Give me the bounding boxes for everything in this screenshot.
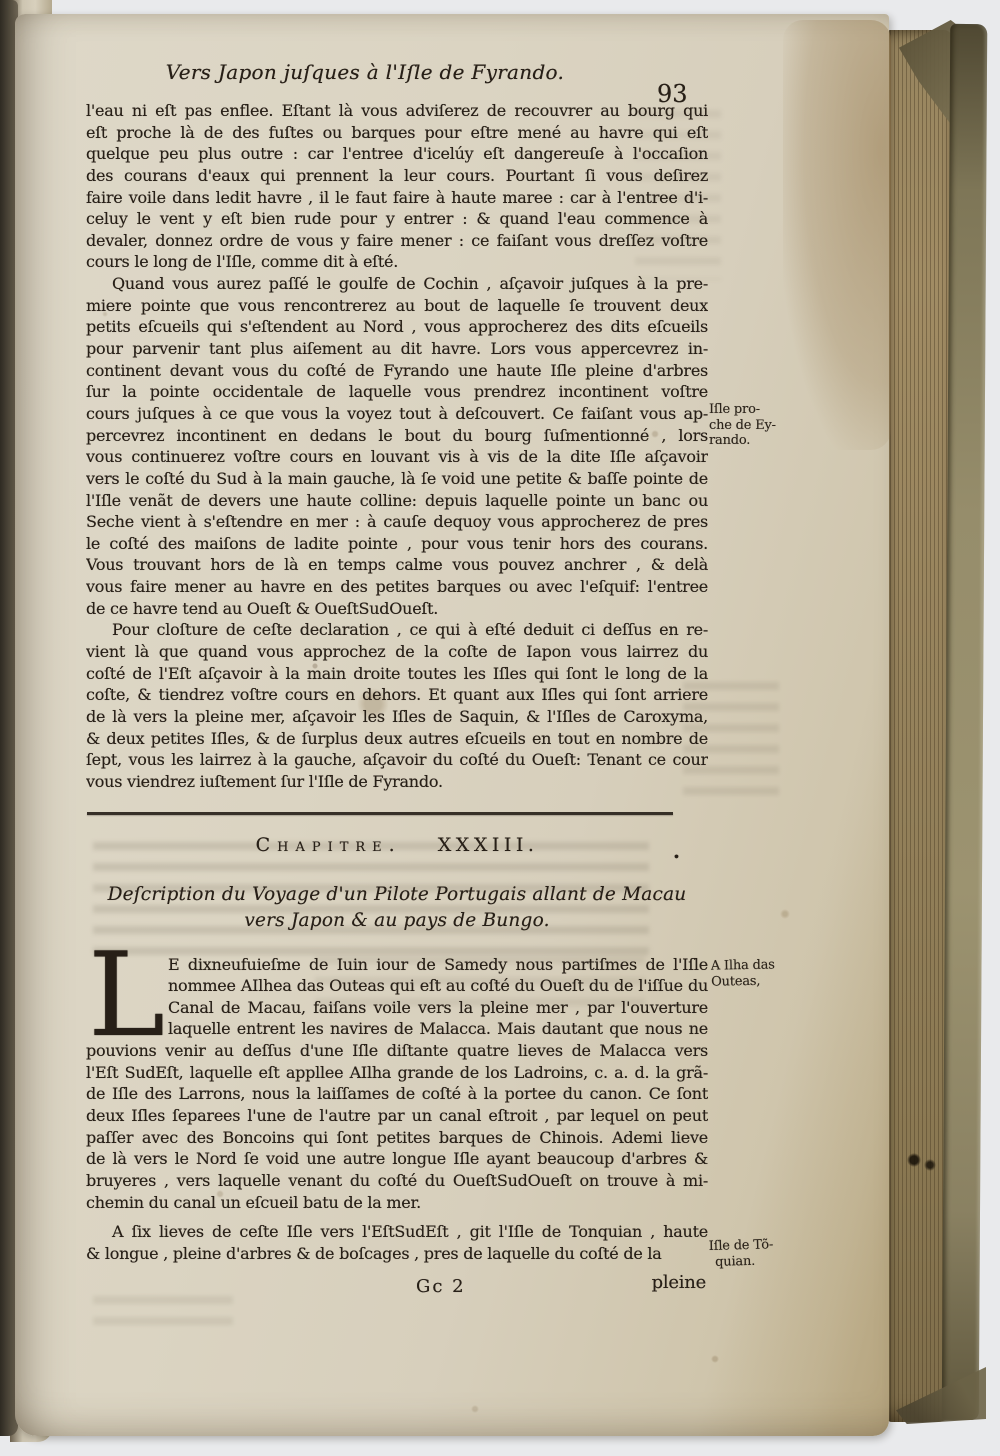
text-line: l'Iſle venãt de devers une haute colline…: [86, 490, 708, 512]
text-line: vient là que quand vous approchez de la …: [86, 641, 708, 663]
text-line: pouvions venir au deſſus d'une Iſle diſt…: [86, 1040, 708, 1062]
text-line: Pour cloſture de ceſte declaration , ce …: [86, 619, 708, 641]
catchword: pleine: [652, 1272, 706, 1294]
text-line: Vous trouvant hors de là en temps calme …: [86, 554, 708, 576]
running-title: Vers Japon juſques à l'Iſle de Fyrando.: [85, 60, 645, 84]
text-line: quelque peu plus outre : car l'entree d'…: [86, 143, 708, 165]
text-line: Canal de Macau, faiſans voile vers la pl…: [168, 997, 708, 1019]
text-line: eſt proche là de des fuſtes ou barques p…: [86, 122, 708, 144]
text-line: Outeas,: [711, 973, 789, 990]
paragraph: Quand vous aurez paſſé le goulfe de Coch…: [86, 273, 708, 619]
text-line: de Iſle des Larrons, nous la laiſſames d…: [86, 1083, 708, 1105]
margin-note: Iſle de Tõ-quian.: [709, 1237, 788, 1270]
paragraph-with-dropcap: L E dixneufuieſme de Iuin iour de Samedy…: [86, 954, 708, 1214]
signature-mark: Gc 2: [416, 1276, 466, 1298]
text-line: A ſix lieves de ceſte Iſle vers l'EſtSud…: [86, 1221, 708, 1243]
text-line: E dixneufuieſme de Iuin iour de Samedy n…: [168, 954, 708, 976]
chapter-title: Deſcription du Voyage d'un Pilote Portug…: [86, 882, 708, 934]
paper-stain: [783, 20, 891, 450]
text-block: l'eau ni eſt pas enflee. Eſtant là vous …: [86, 100, 708, 1300]
chapter-title-line: vers Japon & au pays de Bungo.: [86, 908, 708, 934]
text-line: continent devant vous du coſté de Fyrand…: [86, 360, 708, 382]
text-line: faire voile dans ledit havre , il le fau…: [86, 187, 708, 209]
paragraph: l'eau ni eſt pas enflee. Eſtant là vous …: [86, 100, 708, 273]
text-line: nommee AIlhea das Outeas qui eſt au coſt…: [168, 975, 708, 997]
text-line: vous continuerez voſtre cours en louvant…: [86, 446, 708, 468]
text-line: chemin du canal un eſcueil batu de la me…: [86, 1192, 708, 1214]
text-line: de là vers le Nord ſe void une autre lon…: [86, 1148, 708, 1170]
book-cover-edge: [942, 24, 988, 1420]
text-line: & deux petites Iſles, & de ſurplus deux …: [86, 728, 708, 750]
text-line: des courans d'eaux qui prennent la leur …: [86, 165, 708, 187]
text-line: ſur la pointe occidentale de laquelle vo…: [86, 381, 708, 403]
book-page: Vers Japon juſques à l'Iſle de Fyrando. …: [15, 14, 889, 1436]
text-line: Seche vient à s'eſtendre en mer : à cauſ…: [86, 511, 708, 533]
text-line: de ce havre tend au Oueſt & OueſtSudOueſ…: [86, 598, 708, 620]
margin-note: Iſle pro-che de Ey-rando.: [709, 402, 787, 449]
show-through: [93, 1296, 233, 1334]
text-line: l'Eſt SudEſt, laquelle eſt appllee AIlha…: [86, 1062, 708, 1084]
text-line: cours le long de l'Iſle, comme dit à eſt…: [86, 251, 708, 273]
drop-cap: L: [88, 950, 165, 1042]
text-line: rando.: [709, 433, 787, 449]
chapter-title-line: Deſcription du Voyage d'un Pilote Portug…: [86, 882, 708, 908]
text-line: coſté de l'Eſt aſçavoir à la main droite…: [86, 663, 708, 685]
text-line: che de Ey-: [709, 418, 787, 434]
paragraph: Pour cloſture de ceſte declaration , ce …: [86, 619, 708, 792]
text-line: le coſté des maiſons de ladite pointe , …: [86, 533, 708, 555]
paragraph: A ſix lieves de ceſte Iſle vers l'EſtSud…: [86, 1221, 708, 1264]
text-line: percevrez incontinent en dedans le bout …: [86, 425, 708, 447]
text-line: celuy le vent y eſt bien rude pour y ent…: [86, 208, 708, 230]
text-line: cours juſques à ce que vous la voyez tou…: [86, 403, 708, 425]
chapter-heading: Chapitre. XXXIII. .: [86, 832, 708, 858]
text-line: laquelle entrent les navires de Malacca.…: [168, 1018, 708, 1040]
text-line: vous faire mener au havre en des petites…: [86, 576, 708, 598]
text-line: Iſle pro-: [709, 402, 787, 418]
text-line: petits eſcueils qui s'eſtendent au Nord …: [86, 316, 708, 338]
text-line: A Ilha das: [711, 957, 789, 974]
printer-dot: .: [673, 838, 680, 864]
text-line: deux Iſles ſeparees l'une de l'autre par…: [86, 1105, 708, 1127]
section-rule: [87, 812, 673, 815]
text-line: Quand vous aurez paſſé le goulfe de Coch…: [86, 273, 708, 295]
text-line: miere pointe que vous rencontrerez au bo…: [86, 295, 708, 317]
text-line: devaler, donnez ordre de vous y faire me…: [86, 230, 708, 252]
page-footer: Gc 2 pleine: [86, 1276, 708, 1300]
chapter-numeral: XXXIII.: [438, 834, 539, 856]
text-line: coſte, & tiendrez voſtre cours en dehors…: [86, 684, 708, 706]
text-line: vous viendrez iuſtement ſur l'Iſle de Fy…: [86, 771, 708, 793]
text-line: bruyeres , vers laquelle venant du coſté…: [86, 1170, 708, 1192]
text-line: quian.: [709, 1252, 787, 1270]
photo-backdrop: { "page": { "running_title": "Vers Japon…: [0, 0, 1000, 1456]
text-line: & longue , pleine d'arbres & de boſcages…: [86, 1243, 708, 1265]
margin-note: A Ilha dasOuteas,: [711, 957, 790, 989]
text-line: ſept, vous les lairrez à la gauche, aſça…: [86, 749, 708, 771]
text-line: l'eau ni eſt pas enflee. Eſtant là vous …: [86, 100, 708, 122]
text-line: vers le coſté du Sud à la main gauche, l…: [86, 468, 708, 490]
text-line: de là vers la pleine mer, aſçavoir les I…: [86, 706, 708, 728]
chapter-label: Chapitre.: [256, 834, 402, 856]
text-line: pour parvenir tant plus aiſement au dit …: [86, 338, 708, 360]
text-line: paſſer avec des Boncoins qui ſont petite…: [86, 1127, 708, 1149]
